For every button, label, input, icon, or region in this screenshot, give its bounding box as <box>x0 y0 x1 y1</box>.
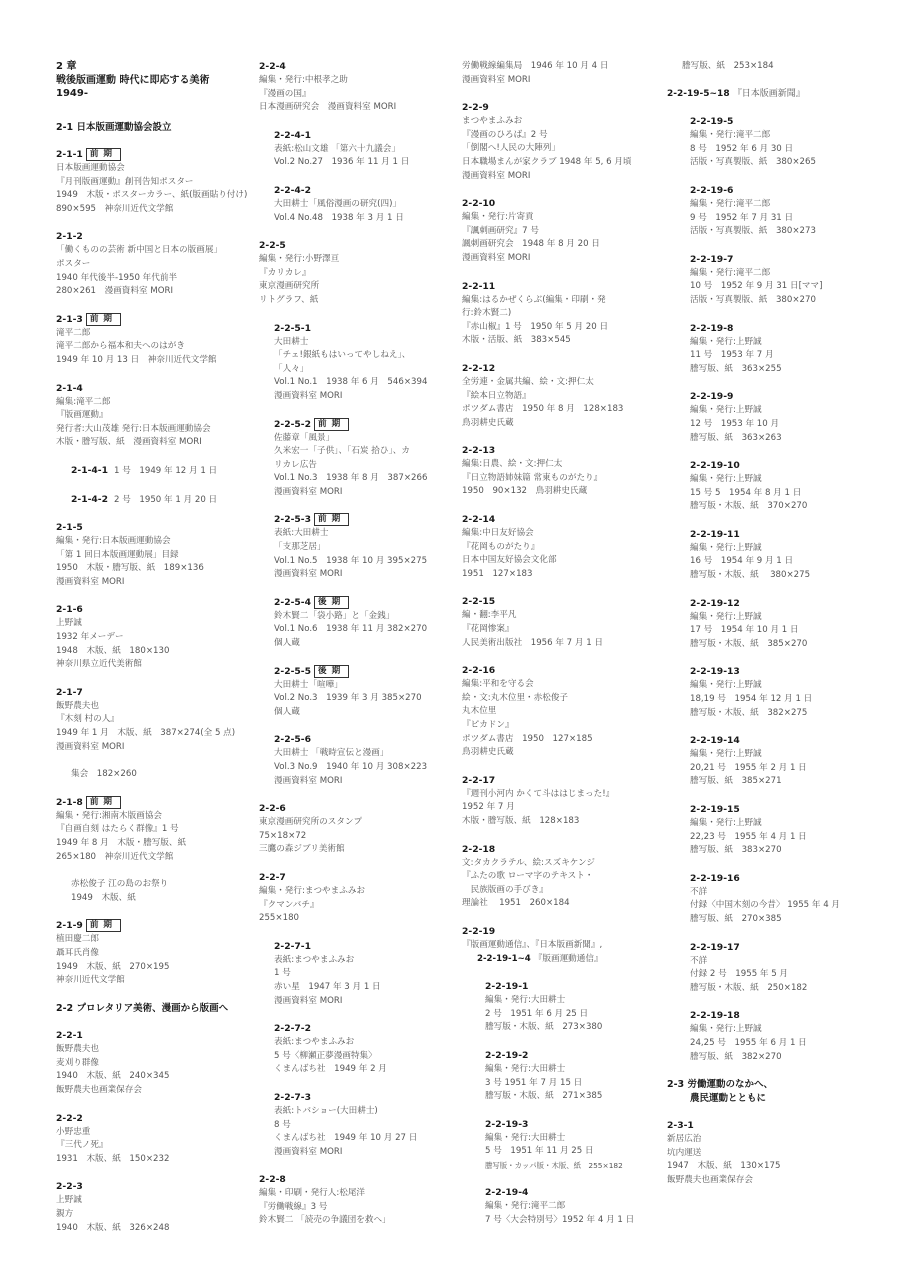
entry-line: 漫画資料室 MORI <box>274 390 459 404</box>
entry-line: 鈴木賢二「袋小路」と「金銭」 <box>274 610 459 624</box>
entry-number: 2-2-9 <box>462 102 489 113</box>
entry-header: 2-2-5-1 <box>274 322 459 336</box>
entry-line: Vol.1 No.3 1938 年 8 月 387×266 <box>274 472 459 486</box>
entry-header: 2-2-18 <box>462 843 662 857</box>
entry-line: 謄写版・木版、紙 273×380 <box>485 1021 662 1035</box>
entry-number: 2-2-19-14 <box>690 735 740 746</box>
entry-header: 2-2-11 <box>462 280 662 294</box>
entry-number: 2-1-4 <box>56 383 83 394</box>
entry-line: 編集・発行:上野誠 <box>690 679 877 693</box>
entry-subnote: 集会 182×260 <box>56 768 256 782</box>
entry-header: 2-2-12 <box>462 362 662 376</box>
entry-line: 5 号 1951 年 11 月 25 日 <box>485 1145 662 1159</box>
entry-line: 新居広治 <box>667 1133 877 1147</box>
catalog-entry: 2-2-4編集・発行:中根孝之助『漫画の国』日本漫画研究会 漫画資料室 MORI <box>259 60 459 115</box>
catalog-page: 2 章 戦後版画運動 時代に即応する美術 1949- 2-1 日本版画運動協会設… <box>0 0 899 1272</box>
entry-line: 大田耕士「風俗漫画の研究(四)」 <box>274 198 459 212</box>
catalog-entry: 2-1-6上野誠1932 年メーデー1948 木版、紙 180×130神奈川県立… <box>56 603 256 671</box>
entry-line: 東京漫画研究所 <box>259 280 459 294</box>
entry-header: 2-2-19-11 <box>690 528 877 542</box>
entry-line: 1950 木版・謄写版、紙 189×136 <box>56 562 256 576</box>
entry-line: 1947 木版、紙 130×175 <box>667 1160 877 1174</box>
entry-line: 1940 年代後半-1950 年代前半 <box>56 272 256 286</box>
entry-line: 個人蔵 <box>274 706 459 720</box>
section-title: 2-2 プロレタリア美術、漫画から版画へ <box>56 1003 228 1014</box>
catalog-entry: 2-2-9まつやまふみお『漫画のひろば』2 号「倒閣へ!人民の大陣列」日本職場ま… <box>462 101 662 183</box>
entry-header: 2-2-17 <box>462 774 662 788</box>
entry-number: 2-2-19-16 <box>690 873 740 884</box>
entry-line: 佐藤章「風景」 <box>274 432 459 446</box>
section-heading: 2-1 日本版画運動協会設立 <box>56 121 256 135</box>
entry-line: 不詳 <box>690 955 877 969</box>
entry-line: 『ピカドン』 <box>462 719 662 733</box>
period-badge: 前期 <box>314 513 349 526</box>
entry-number: 2-2-5-4 <box>274 597 311 608</box>
entry-number: 2-1-5 <box>56 522 83 533</box>
entry-line: 編集・発行:まつやまふみお <box>259 885 459 899</box>
catalog-entry: 2-2-10編集・発行:片寄貢『諷刺画研究』7 号諷刺画研究会 1948 年 8… <box>462 197 662 265</box>
entry-line: 漫画資料室 MORI <box>462 252 662 266</box>
entry-line: 『版画運動』 <box>56 409 256 423</box>
entry-line: 滝平二郎 <box>56 327 256 341</box>
entry-number: 2-2-7 <box>259 872 286 883</box>
section-title-cont: 農民運動とともに <box>667 1092 877 1106</box>
entry-header: 2-2-5-6 <box>274 733 459 747</box>
entry-line: 編集:中日友好協会 <box>462 527 662 541</box>
entry-line: 集会 182×260 <box>71 768 256 782</box>
entry-line: 編集:はるかぜくらぶ(編集・印刷・発 <box>462 294 662 308</box>
entry-line: 表紙:トバショー(大田耕士) <box>274 1105 459 1119</box>
entry-number: 2-2-19-10 <box>690 460 740 471</box>
entry-line: 文:タカクラテル、絵:スズキケンジ <box>462 857 662 871</box>
entry-line: くまんばち社 1949 年 2 月 <box>274 1063 459 1077</box>
entry-header: 2-2-19-15 <box>690 803 877 817</box>
entry-number: 2-2-19-5 <box>690 116 733 127</box>
catalog-entry: 2-2-4-1表紙:松山文雄 「第六十九議会」Vol.2 No.27 1936 … <box>259 129 459 170</box>
entry-header: 2-2-19-14 <box>690 734 877 748</box>
catalog-entry: 2-1-5編集・発行:日本版画運動協会「第 1 回日本版画運動展」目録1950 … <box>56 521 256 589</box>
entry-line: 編集・発行:湘南木版画協会 <box>56 810 256 824</box>
entry-line: 『花岡惨案』 <box>462 623 662 637</box>
entry-number: 2-1-8 <box>56 797 83 808</box>
entry-line: 「人々」 <box>274 363 459 377</box>
entry-number: 2-2-4-1 <box>274 130 311 141</box>
entry-line: 飯野農夫也 <box>56 1043 256 1057</box>
catalog-entry: 2-2-19-18編集・発行:上野誠24,25 号 1955 年 6 月 1 日… <box>667 1009 877 1064</box>
entry-number: 2-1-6 <box>56 604 83 615</box>
entry-header: 2-2-19-18 <box>690 1009 877 1023</box>
entry-line: 日本版画運動協会 <box>56 162 256 176</box>
entry-line: 『ふたの歌 ローマ字のテキスト・ <box>462 870 662 884</box>
entry-header: 2-2-19-12 <box>690 597 877 611</box>
entry-number: 2-1-7 <box>56 687 83 698</box>
catalog-entry: 2-2-19-15編集・発行:上野誠22,23 号 1955 年 4 月 1 日… <box>667 803 877 858</box>
entry-line: 表紙:まつやまふみお <box>274 1036 459 1050</box>
entry-header: 2-1-5 <box>56 521 256 535</box>
entry-line: 丸木位里 <box>462 705 662 719</box>
entry-detail: 2 号 1950 年 1 月 20 日 <box>114 495 217 505</box>
entry-line: 1949 年 8 月 木版・謄写版、紙 <box>56 837 256 851</box>
entry-line: 『諷刺画研究』7 号 <box>462 225 662 239</box>
entry-line: 『絵本日立物語』 <box>462 390 662 404</box>
entry-header: 2-2-7-3 <box>274 1091 459 1105</box>
entry-line: 漫画資料室 MORI <box>56 741 256 755</box>
entry-line: 漫画資料室 MORI <box>462 170 662 184</box>
entry-line: 鈴木賢二 「読売の争議団を救へ」 <box>259 1214 459 1228</box>
column-body: 2-2-4編集・発行:中根孝之助『漫画の国』日本漫画研究会 漫画資料室 MORI… <box>259 60 459 1228</box>
entry-line: 1948 木版、紙 180×130 <box>56 645 256 659</box>
entry-line: 編集・発行:大田耕士 <box>485 1132 662 1146</box>
entry-number: 2-2-11 <box>462 281 495 292</box>
entry-line: 神奈川県立近代美術館 <box>56 658 256 672</box>
entry-number: 2-2-8 <box>259 1174 286 1185</box>
entry-line: 木版・活版、紙 383×545 <box>462 334 662 348</box>
entry-line: 赤い星 1947 年 3 月 1 日 <box>274 981 459 995</box>
entry-header: 2-2-7-1 <box>274 940 459 954</box>
entry-line: 編集・発行:上野誠 <box>690 473 877 487</box>
entry-line: 編集・発行:滝平二郎 <box>690 267 877 281</box>
entry-line: 編集・発行:滝平二郎 <box>690 198 877 212</box>
entry-number: 2-2-19-6 <box>690 185 733 196</box>
entry-number: 2-2-18 <box>462 844 495 855</box>
entry-header: 2-2-16 <box>462 664 662 678</box>
entry-line: 編・翻:李平凡 <box>462 609 662 623</box>
entry-header: 2-2-4-2 <box>274 184 459 198</box>
catalog-entry: 2-2-17『週刊小河内 かくて斗ははじまった!』1952 年 7 月木版・謄写… <box>462 774 662 829</box>
entry-line: リトグラフ、紙 <box>259 294 459 308</box>
entry-line: 赤松俊子 江の島のお祭り <box>71 878 256 892</box>
catalog-entry: 2-1-7飯野農夫也『木刻 村の人』1949 年 1 月 木版、紙 387×27… <box>56 686 256 754</box>
period-badge: 前期 <box>86 919 121 932</box>
column-1: 2 章 戦後版画運動 時代に即応する美術 1949- 2-1 日本版画運動協会設… <box>56 60 256 1249</box>
entry-number: 2-1-1 <box>56 149 83 160</box>
entry-line: 三鷹の森ジブリ美術館 <box>259 843 459 857</box>
entry-number: 2-2-7-1 <box>274 941 311 952</box>
entry-line: 飯野農夫也 <box>56 700 256 714</box>
catalog-entry: 2-2-5-2前期佐藤章「風景」久米宏一「子供」、「石炭 拾ひ」、カリカレ広告V… <box>259 418 459 500</box>
entry-number: 2-2-19-8 <box>690 323 733 334</box>
entry-number: 2-2-5-2 <box>274 419 311 430</box>
entry-line: 編集・発行:上野誠 <box>690 1023 877 1037</box>
entry-header: 2-2-5-4後期 <box>274 596 459 610</box>
entry-line: 労働戦線編集局 1946 年 10 月 4 日 <box>462 60 662 74</box>
entry-line: 漫画資料室 MORI <box>462 74 662 88</box>
entry-line: 表紙:松山文雄 「第六十九議会」 <box>274 143 459 157</box>
entry-line: 「チェ!銀紙もはいってやしねえ」、 <box>274 349 459 363</box>
entry-line: 編集・発行:上野誠 <box>690 404 877 418</box>
entry-line: 5 号〈柳瀬正夢漫画特集〉 <box>274 1050 459 1064</box>
entry-line: Vol.1 No.1 1938 年 6 月 546×394 <box>274 376 459 390</box>
section-title: 2-3 労働運動のなかへ、 <box>667 1079 773 1090</box>
entry-line: 付録 2 号 1955 年 5 月 <box>690 968 877 982</box>
catalog-entry: 2-2-6東京漫画研究所のスタンプ75×18×72三鷹の森ジブリ美術館 <box>259 802 459 857</box>
entry-line: 1949 年 1 月 木版、紙 387×274(全 5 点) <box>56 727 256 741</box>
group-heading: 2-2-19-1~4 『版画運動通信』 <box>462 953 662 967</box>
entry-line: ポツダム書店 1950 年 8 月 128×183 <box>462 403 662 417</box>
entry-header: 2-2-7 <box>259 871 459 885</box>
entry-line: 東京漫画研究所のスタンプ <box>259 816 459 830</box>
entry-header: 2-2-5-5後期 <box>274 665 459 679</box>
catalog-entry: 2-2-5-5後期大田耕士「喧嘩」Vol.2 No.3 1939 年 3 月 3… <box>259 665 459 720</box>
entry-line: 編集・印刷・発行人:松尾洋 <box>259 1187 459 1201</box>
entry-line: 890×595 神奈川近代文学館 <box>56 203 256 217</box>
entry-line: 265×180 神奈川近代文学館 <box>56 851 256 865</box>
entry-header: 2-1-4 <box>56 382 256 396</box>
entry-header: 2-2-9 <box>462 101 662 115</box>
section-heading: 2-2 プロレタリア美術、漫画から版画へ <box>56 1002 256 1016</box>
entry-header: 2-1-3前期 <box>56 313 256 327</box>
entry-line: 編集・発行:上野誠 <box>690 817 877 831</box>
entry-line: 謄写版、紙 385×271 <box>690 775 877 789</box>
entry-line: 日本職場まんが家クラブ 1948 年 5, 6 月頃 <box>462 156 662 170</box>
column-2: 2-2-4編集・発行:中根孝之助『漫画の国』日本漫画研究会 漫画資料室 MORI… <box>259 60 459 1242</box>
entry-header: 2-2-19-9 <box>690 390 877 404</box>
entry-line: 謄写版、紙 363×255 <box>690 363 877 377</box>
entry-header: 2-2-3 <box>56 1180 256 1194</box>
catalog-entry: 2-2-5-3前期表紙:大田耕士「支那芝居」Vol.1 No.5 1938 年 … <box>259 513 459 581</box>
entry-line: 謄写版、紙 253×184 <box>682 60 877 74</box>
entry-subnote: 赤松俊子 江の島のお祭り1949 木版、紙 <box>56 878 256 905</box>
entry-header: 2-2-19-6 <box>690 184 877 198</box>
entry-line: 「第 1 回日本版画運動展」目録 <box>56 549 256 563</box>
entry-line: 編集・発行:上野誠 <box>690 748 877 762</box>
entry-line: 付録〈中国木刻の今昔〉 1955 年 4 月 <box>690 899 877 913</box>
entry-number: 2-1-4-1 <box>71 465 108 476</box>
entry-line: 謄写版、紙 382×270 <box>690 1051 877 1065</box>
entry-number: 2-2-4 <box>259 61 286 72</box>
entry-line: 鳥羽耕史氏蔵 <box>462 417 662 431</box>
group-title: 『版画運動通信』 <box>534 954 603 964</box>
entry-line: 漫画資料室 MORI <box>274 775 459 789</box>
entry-number: 2-2-12 <box>462 363 495 374</box>
entry-number: 2-2-7-3 <box>274 1092 311 1103</box>
entry-line: リカレ広告 <box>274 459 459 473</box>
catalog-entry: 2-2-15編・翻:李平凡『花岡惨案』人民美術出版社 1956 年 7 月 1 … <box>462 595 662 650</box>
period-badge: 前期 <box>314 418 349 431</box>
catalog-entry: 2-2-19-6編集・発行:滝平二郎9 号 1952 年 7 月 31 日活版・… <box>667 184 877 239</box>
entry-number: 2-3-1 <box>667 1120 694 1131</box>
entry-line: 「支那芝居」 <box>274 541 459 555</box>
entry-number: 2-2-5 <box>259 240 286 251</box>
entry-line: 表紙:大田耕士 <box>274 527 459 541</box>
entry-line: 編集・発行:大田耕士 <box>485 994 662 1008</box>
entry-line: 17 号 1954 年 10 月 1 日 <box>690 624 877 638</box>
entry-line: 『赤山椒』1 号 1950 年 5 月 20 日 <box>462 321 662 335</box>
entry-header: 2-2-19-7 <box>690 253 877 267</box>
column-4: 謄写版、紙 253×1842-2-19-5~18 『日本版画新聞』2-2-19-… <box>667 60 877 1202</box>
entry-line: 絵・文:丸木位里・赤松俊子 <box>462 692 662 706</box>
entry-line: Vol.1 No.5 1938 年 10 月 395×275 <box>274 555 459 569</box>
catalog-entry: 2-2-19-2編集・発行:大田耕士3 号 1951 年 7 月 15 日謄写版… <box>462 1049 662 1104</box>
entry-line: 活版・写真製版、紙 380×265 <box>690 156 877 170</box>
entry-line: 9 号 1952 年 7 月 31 日 <box>690 212 877 226</box>
entry-line: 1949 木版・ポスターカラー、紙(版画貼り付け) <box>56 189 256 203</box>
entry-line: 『三代ノ死』 <box>56 1139 256 1153</box>
entry-line: 8 号 1952 年 6 月 30 日 <box>690 143 877 157</box>
entry-line: 編集:日農、絵・文:押仁太 <box>462 458 662 472</box>
catalog-entry: 2-2-19『版画運動通信』、『日本版画新聞』,2-2-19-1~4 『版画運動… <box>462 925 662 966</box>
catalog-entry: 2-1-2「働くものの芸術 新中国と日本の版画展」ポスター1940 年代後半-1… <box>56 230 256 298</box>
entry-line: 18,19 号 1954 年 12 月 1 日 <box>690 693 877 707</box>
entry-number: 2-2-19-11 <box>690 529 740 540</box>
entry-line: 久米宏一「子供」、「石炭 拾ひ」、カ <box>274 445 459 459</box>
catalog-entry: 2-2-19-1編集・発行:大田耕士2 号 1951 年 6 月 25 日謄写版… <box>462 980 662 1035</box>
period-badge: 前期 <box>86 313 121 326</box>
entry-line: 24,25 号 1955 年 6 月 1 日 <box>690 1037 877 1051</box>
entry-line: 1949 木版、紙 270×195 <box>56 961 256 975</box>
catalog-entry: 2-2-16編集:平和を守る会絵・文:丸木位里・赤松俊子丸木位里『ピカドン』ポツ… <box>462 664 662 760</box>
entry-number: 2-2-13 <box>462 445 495 456</box>
catalog-entry: 2-1-8前期編集・発行:湘南木版画協会『自画自刻 はたらく群像』1 号1949… <box>56 796 256 864</box>
catalog-entry: 2-2-19-16不詳付録〈中国木刻の今昔〉 1955 年 4 月謄写版、紙 2… <box>667 872 877 927</box>
entry-line: 謄写版・木版、紙 385×270 <box>690 638 877 652</box>
entry-line: 謄写版、紙 270×385 <box>690 913 877 927</box>
entry-line: 「倒閣へ!人民の大陣列」 <box>462 142 662 156</box>
entry-line: 民族版画の手びき』 <box>462 884 662 898</box>
entry-line: 16 号 1954 年 9 月 1 日 <box>690 555 877 569</box>
catalog-entry: 2-2-7編集・発行:まつやまふみお『クマンバチ』255×180 <box>259 871 459 926</box>
entry-line: 『日立物語姉妹篇 常東ものがたり』 <box>462 472 662 486</box>
entry-line: 謄写版・木版、紙 370×270 <box>690 500 877 514</box>
entry-line: 全労連・金属共編、絵・文:押仁太 <box>462 376 662 390</box>
entry-line: ポツダム書店 1950 127×185 <box>462 733 662 747</box>
entry-line: 表紙:まつやまふみお <box>274 954 459 968</box>
period-badge: 後期 <box>314 596 349 609</box>
entry-number: 2-2-5-5 <box>274 666 311 677</box>
entry-line: 1949 年 10 月 13 日 神奈川近代文学館 <box>56 354 256 368</box>
entry-line: 行:鈴木賢二) <box>462 307 662 321</box>
entry-line: 編集・発行:滝平二郎 <box>690 129 877 143</box>
entry-header: 2-2-5 <box>259 239 459 253</box>
catalog-entry: 2-2-19-9編集・発行:上野誠12 号 1953 年 10 月謄写版、紙 3… <box>667 390 877 445</box>
entry-line: 発行者:大山茂雄 発行:日本版画運動協会 <box>56 423 256 437</box>
entry-number: 2-2-15 <box>462 596 495 607</box>
entry-line: 編集:平和を守る会 <box>462 678 662 692</box>
entry-line: Vol.1 No.6 1938 年 11 月 382×270 <box>274 623 459 637</box>
entry-line: 大田耕士 「戦時宣伝と漫画」 <box>274 747 459 761</box>
entry-number: 2-2-2 <box>56 1113 83 1124</box>
entry-number: 2-2-16 <box>462 665 495 676</box>
entry-header: 2-1-6 <box>56 603 256 617</box>
catalog-entry: 2-1-4-11 号 1949 年 12 月 1 日 <box>56 464 256 479</box>
entry-line: Vol.3 No.9 1940 年 10 月 308×223 <box>274 761 459 775</box>
entry-line: 謄写版、紙 363×263 <box>690 432 877 446</box>
catalog-entry: 2-2-19-4編集・発行:滝平二郎7 号〈大会特別号〉1952 年 4 月 1… <box>462 1186 662 1227</box>
entry-line: 神奈川近代文学館 <box>56 974 256 988</box>
catalog-entry: 2-2-19-14編集・発行:上野誠20,21 号 1955 年 2 月 1 日… <box>667 734 877 789</box>
entry-line: 不詳 <box>690 886 877 900</box>
entry-number: 2-2-19-3 <box>485 1119 528 1130</box>
entry-line: Vol.2 No.27 1936 年 11 月 1 日 <box>274 156 459 170</box>
entry-header: 2-2-4 <box>259 60 459 74</box>
entry-line: 謄写版・木版、紙 271×385 <box>485 1090 662 1104</box>
entry-line: Vol.4 No.48 1938 年 3 月 1 日 <box>274 212 459 226</box>
section-title: 2-1 日本版画運動協会設立 <box>56 122 171 133</box>
catalog-entry: 2-2-2小野忠重『三代ノ死』1931 木版、紙 150×232 <box>56 1112 256 1167</box>
catalog-entry: 2-2-18文:タカクラテル、絵:スズキケンジ『ふたの歌 ローマ字のテキスト・ … <box>462 843 662 911</box>
entry-line: 280×261 漫画資料室 MORI <box>56 285 256 299</box>
catalog-entry: 2-2-19-13編集・発行:上野誠18,19 号 1954 年 12 月 1 … <box>667 665 877 720</box>
entry-line: 漫画資料室 MORI <box>274 568 459 582</box>
entry-number: 2-1-9 <box>56 920 83 931</box>
entry-number: 2-2-1 <box>56 1030 83 1041</box>
entry-detail: 1 号 1949 年 12 月 1 日 <box>114 466 217 476</box>
entry-line: 上野誠 <box>56 1194 256 1208</box>
entry-line: 『クマンバチ』 <box>259 899 459 913</box>
catalog-entry: 2-1-4編集:滝平二郎『版画運動』発行者:大山茂雄 発行:日本版画運動協会木版… <box>56 382 256 450</box>
entry-number: 2-2-5-3 <box>274 514 311 525</box>
period-badge: 前期 <box>86 148 121 161</box>
entry-number: 2-2-5-6 <box>274 734 311 745</box>
entry-line: 『カリカレ』 <box>259 267 459 281</box>
entry-line: 謄写版・木版、紙 382×275 <box>690 707 877 721</box>
catalog-entry: 2-3-1新居広治坑内運送1947 木版、紙 130×175飯野農夫也画業保存会 <box>667 1119 877 1187</box>
column-body: 労働戦線編集局 1946 年 10 月 4 日漫画資料室 MORI2-2-9まつ… <box>462 60 662 1228</box>
entry-line: 編集・発行:滝平二郎 <box>485 1200 662 1214</box>
column-body: 謄写版、紙 253×1842-2-19-5~18 『日本版画新聞』2-2-19-… <box>667 60 877 1188</box>
chapter-heading: 2 章 戦後版画運動 時代に即応する美術 1949- <box>56 60 256 101</box>
entry-number: 2-2-4-2 <box>274 185 311 196</box>
chapter-title: 戦後版画運動 時代に即応する美術 <box>56 74 256 88</box>
group-number: 2-2-19-1~4 <box>477 954 534 964</box>
chapter-years: 1949- <box>56 87 256 101</box>
entry-number: 2-2-7-2 <box>274 1023 311 1034</box>
entry-header: 2-2-19-10 <box>690 459 877 473</box>
entry-header: 2-2-8 <box>259 1173 459 1187</box>
entry-number: 2-2-17 <box>462 775 495 786</box>
entry-line: 大田耕士「喧嘩」 <box>274 679 459 693</box>
entry-header: 2-2-14 <box>462 513 662 527</box>
entry-line: 謄写版・木版、紙 250×182 <box>690 982 877 996</box>
catalog-entry: 2-2-19-3編集・発行:大田耕士5 号 1951 年 11 月 25 日謄写… <box>462 1118 662 1173</box>
catalog-entry: 2-2-14編集:中日友好協会『花岡ものがたり』日本中国友好協会文化部1951 … <box>462 513 662 581</box>
entry-line: 麦刈り群像 <box>56 1057 256 1071</box>
entry-line: 「働くものの芸術 新中国と日本の版画展」 <box>56 244 256 258</box>
entry-line: 日本漫画研究会 漫画資料室 MORI <box>259 101 459 115</box>
entry-line: 聶耳氏肖像 <box>56 947 256 961</box>
entry-line: 鳥羽耕史氏蔵 <box>462 746 662 760</box>
entry-line: 漫画資料室 MORI <box>274 486 459 500</box>
entry-header: 2-1-2 <box>56 230 256 244</box>
entry-header: 2-1-9前期 <box>56 919 256 933</box>
entry-line: 上野誠 <box>56 617 256 631</box>
catalog-entry: 2-2-4-2大田耕士「風俗漫画の研究(四)」Vol.4 No.48 1938 … <box>259 184 459 225</box>
entry-number: 2-2-19-9 <box>690 391 733 402</box>
entry-continuation: 労働戦線編集局 1946 年 10 月 4 日漫画資料室 MORI <box>462 60 662 87</box>
entry-header: 2-2-10 <box>462 197 662 211</box>
entry-number: 2-1-2 <box>56 231 83 242</box>
entry-header: 2-2-5-2前期 <box>274 418 459 432</box>
section-heading: 2-3 労働運動のなかへ、農民運動とともに <box>667 1078 877 1105</box>
catalog-entry: 2-2-5-1大田耕士「チェ!銀紙もはいってやしねえ」、「人々」Vol.1 No… <box>259 322 459 404</box>
entry-number: 2-2-19-15 <box>690 804 740 815</box>
entry-line: 謄写版・カッパ版・木版、紙 255×182 <box>485 1159 662 1173</box>
entry-line: 飯野農夫也画業保存会 <box>56 1084 256 1098</box>
catalog-entry: 2-2-13編集:日農、絵・文:押仁太『日立物語姉妹篇 常東ものがたり』1950… <box>462 444 662 499</box>
entry-line: 1950 90×132 鳥羽耕史氏蔵 <box>462 485 662 499</box>
entry-header: 2-1-1前期 <box>56 148 256 162</box>
entry-number: 2-2-19-1 <box>485 981 528 992</box>
entry-line: 1 号 <box>274 967 459 981</box>
entry-line: ポスター <box>56 258 256 272</box>
entry-continuation: 謄写版、紙 253×184 <box>667 60 877 74</box>
catalog-entry: 2-2-7-3表紙:トバショー(大田耕士)8 号くまんばち社 1949 年 10… <box>259 1091 459 1159</box>
entry-line: 『版画運動通信』、『日本版画新聞』, <box>462 939 662 953</box>
entry-line: 編集・発行:日本版画運動協会 <box>56 535 256 549</box>
entry-line: 8 号 <box>274 1119 459 1133</box>
entry-line: 75×18×72 <box>259 830 459 844</box>
catalog-entry: 2-2-19-12編集・発行:上野誠17 号 1954 年 10 月 1 日謄写… <box>667 597 877 652</box>
